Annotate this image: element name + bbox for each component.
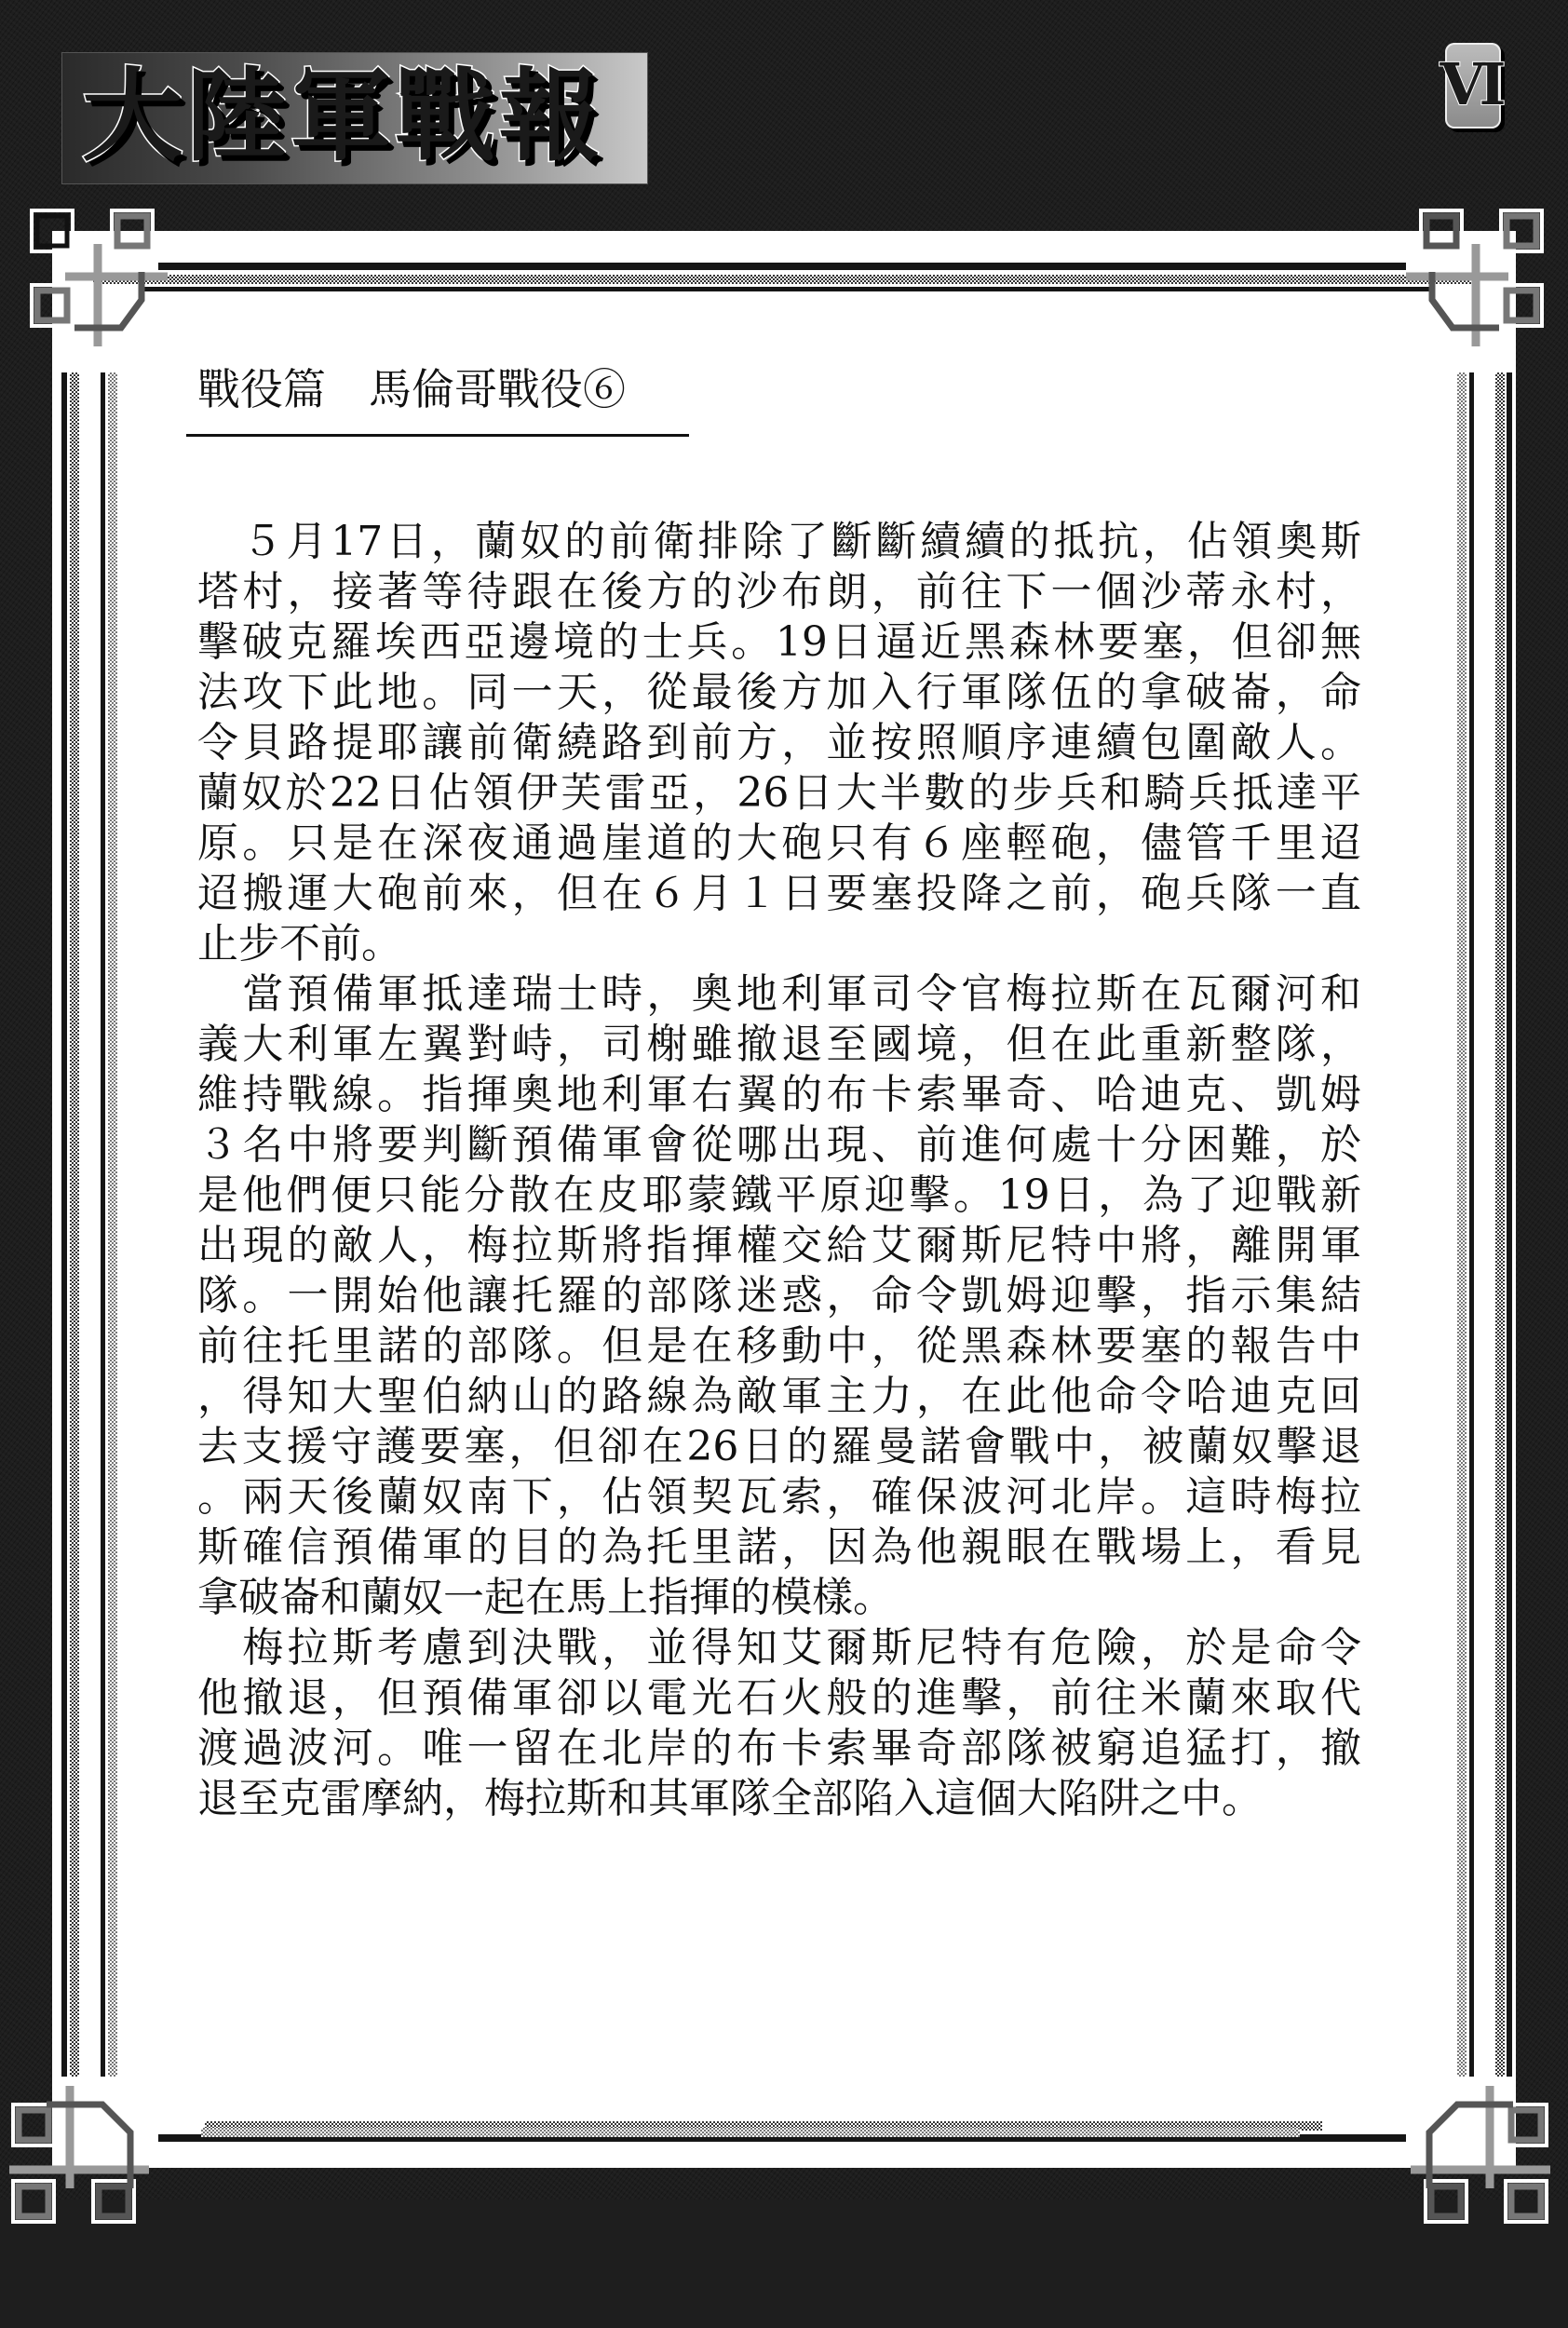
text-line: 去支援守護要塞，但卻在26日的羅曼諾會戰中，被蘭奴擊退 — [197, 1422, 1361, 1472]
frame-left-line-dither — [70, 372, 79, 2077]
corner-knot-ornament-bottom-left — [9, 2086, 149, 2226]
paragraph-3: 梅拉斯考慮到決戰，並得知艾爾斯尼特有危險，於是命令 他撤退，但預備軍卻以電光石火… — [197, 1623, 1361, 1824]
text-line: 擊破克羅埃西亞邊境的士兵。19日逼近黑森林要塞，但卻無 — [197, 617, 1361, 668]
text-line: 義大利軍左翼對峙，司榭雖撤退至國境，但在此重新整隊， — [197, 1020, 1361, 1070]
text-line: 塔村，接著等待跟在後方的沙布朗，前往下一個沙蒂永村， — [197, 567, 1361, 617]
text-line: 是他們便只能分散在皮耶蒙鐵平原迎擊。19日，為了迎戰新 — [197, 1171, 1361, 1221]
frame-left-line-inner — [101, 372, 105, 2077]
frame-bottom-line-light — [201, 2128, 1300, 2137]
text-line: ３名中將要判斷預備軍會從哪出現、前進何處十分困難，於 — [197, 1120, 1361, 1171]
text-line: 法攻下此地。同一天，從最後方加入行軍隊伍的拿破崙，命 — [197, 668, 1361, 718]
text-line: 斯確信預備軍的目的為托里諾，因為他親眼在戰場上，看見 — [197, 1523, 1361, 1573]
article-body: ５月17日，蘭奴的前衛排除了斷斷續續的抵抗，佔領奧斯 塔村，接著等待跟在後方的沙… — [197, 517, 1361, 1824]
paragraph-2: 當預備軍抵達瑞士時，奧地利軍司令官梅拉斯在瓦爾河和 義大利軍左翼對峙，司榭雖撤退… — [197, 969, 1361, 1623]
volume-badge: VI — [1445, 43, 1501, 129]
frame-right-line-dither — [1495, 372, 1505, 2077]
text-line: 止步不前。 — [197, 919, 1361, 969]
corner-knot-ornament-bottom-right — [1411, 2086, 1550, 2226]
corner-knot-ornament-top-left — [28, 207, 168, 346]
frame-left-line-light — [108, 372, 117, 2077]
paragraph-1: ５月17日，蘭奴的前衛排除了斷斷續續的抵抗，佔領奧斯 塔村，接著等待跟在後方的沙… — [197, 517, 1361, 969]
corner-knot-ornament-top-right — [1406, 207, 1546, 346]
frame-top-line-inner — [140, 287, 1434, 291]
text-line: 梅拉斯考慮到決戰，並得知艾爾斯尼特有危險，於是命令 — [197, 1623, 1361, 1673]
frame-top-line-dither — [93, 275, 1471, 284]
text-line: 退至克雷摩納，梅拉斯和其軍隊全部陷入這個大陷阱之中。 — [197, 1774, 1361, 1824]
text-line: 隊。一開始他讓托羅的部隊迷惑，命令凱姆迎擊，指示集結 — [197, 1271, 1361, 1321]
frame-right-line-light — [1457, 372, 1467, 2077]
text-line: 前往托里諾的部隊。但是在移動中，從黑森林要塞的報告中 — [197, 1321, 1361, 1372]
text-line: 他撤退，但預備軍卻以電光石火般的進擊，前往米蘭來取代 — [197, 1673, 1361, 1724]
text-line: 蘭奴於22日佔領伊芙雷亞，26日大半數的步兵和騎兵抵達平 — [197, 768, 1361, 819]
series-title-banner: 大陸軍戰報 — [61, 52, 648, 184]
text-line: ５月17日，蘭奴的前衛排除了斷斷續續的抵抗，佔領奧斯 — [197, 517, 1361, 567]
frame-right-line-dark — [1507, 372, 1512, 2077]
text-line: 拿破崙和蘭奴一起在馬上指揮的模樣。 — [197, 1573, 1361, 1623]
text-line: 迢搬運大砲前來，但在６月１日要塞投降之前，砲兵隊一直 — [197, 869, 1361, 919]
volume-number: VI — [1440, 43, 1501, 127]
section-title: 戰役篇 馬倫哥戰役⑥ — [197, 361, 626, 417]
text-line: 。兩天後蘭奴南下，佔領契瓦索，確保波河北岸。這時梅拉 — [197, 1472, 1361, 1523]
text-line: 當預備軍抵達瑞士時，奧地利軍司令官梅拉斯在瓦爾河和 — [197, 969, 1361, 1020]
series-title: 大陸軍戰報 — [82, 61, 603, 173]
frame-right-line-inner — [1469, 372, 1474, 2077]
text-line: 出現的敵人，梅拉斯將指揮權交給艾爾斯尼特中將，離開軍 — [197, 1221, 1361, 1271]
frame-top-line-dark — [158, 263, 1406, 270]
title-underline — [186, 434, 689, 437]
text-line: 維持戰線。指揮奧地利軍右翼的布卡索畢奇、哈迪克、凱姆 — [197, 1070, 1361, 1120]
frame-left-line-dark — [61, 372, 67, 2077]
text-line: 渡過波河。唯一留在北岸的布卡索畢奇部隊被窮追猛打，撤 — [197, 1724, 1361, 1774]
text-line: 令貝路提耶讓前衛繞路到前方，並按照順序連續包圍敵人。 — [197, 718, 1361, 768]
bottom-margin — [0, 2199, 1568, 2328]
text-line: 原。只是在深夜通過崖道的大砲只有６座輕砲，儘管千里迢 — [197, 819, 1361, 869]
text-line: ，得知大聖伯納山的路線為敵軍主力，在此他命令哈迪克回 — [197, 1372, 1361, 1422]
